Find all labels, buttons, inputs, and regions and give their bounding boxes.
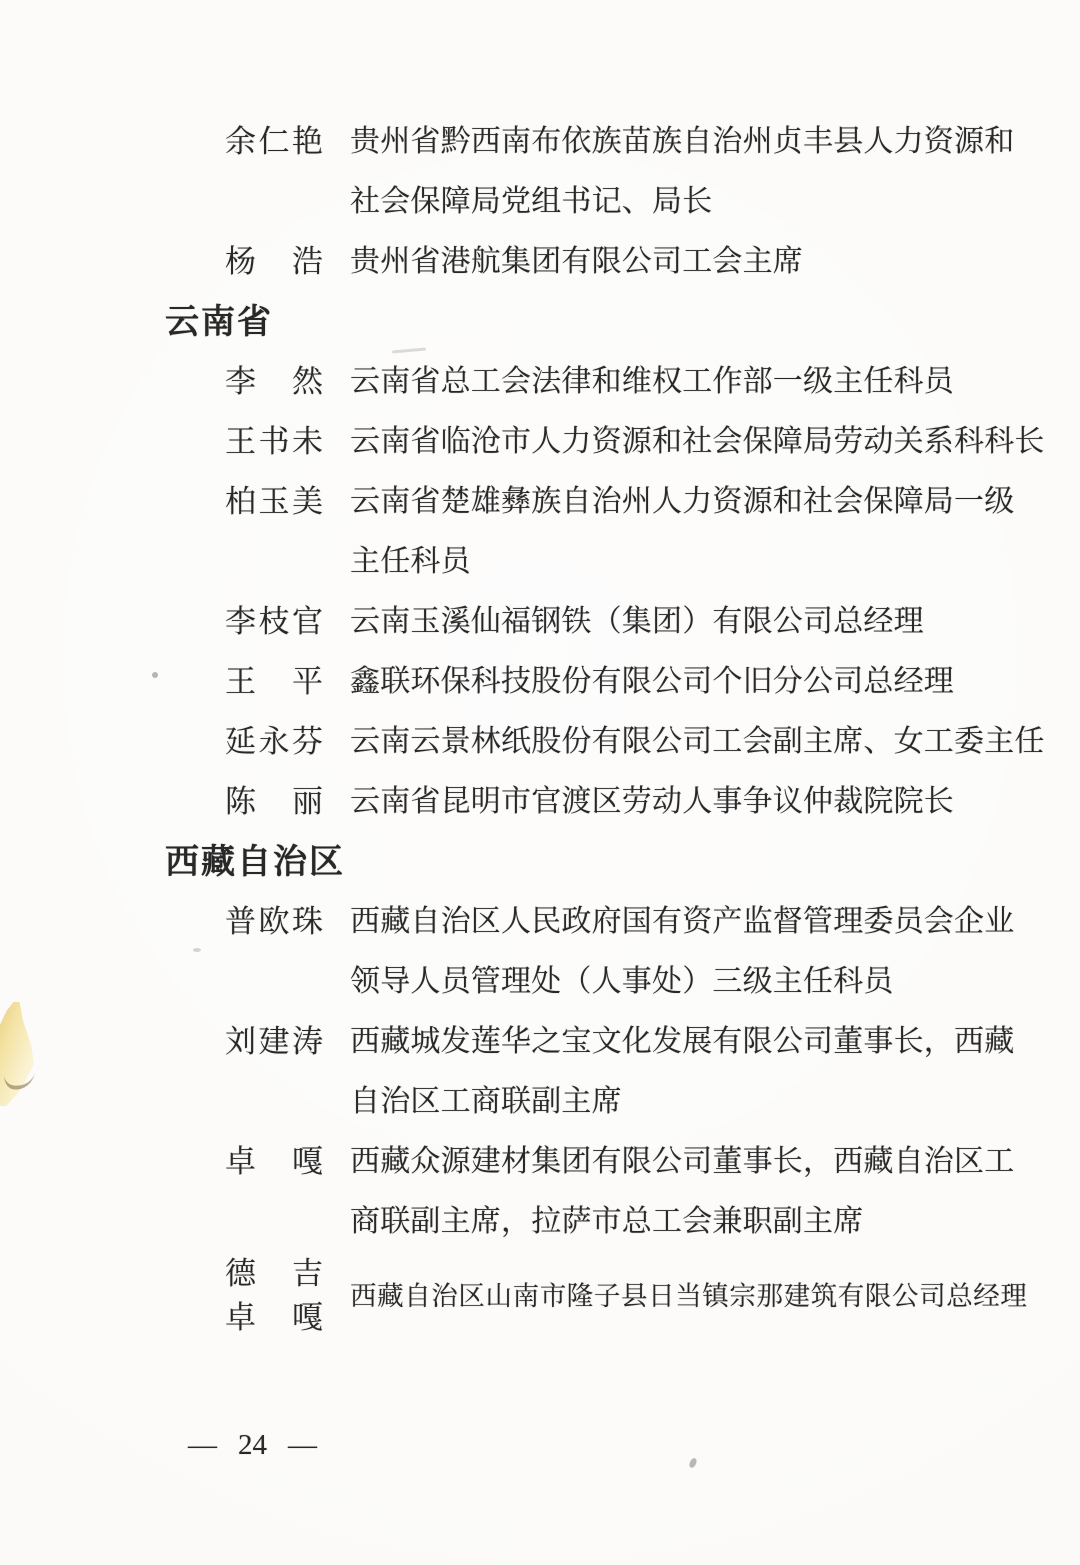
entry-name-text: 普欧珠	[225, 892, 323, 952]
entry-title-line: 鑫联环保科技股份有限公司个旧分公司总经理	[350, 652, 954, 712]
entry-title: 西藏城发莲华之宝文化发展有限公司董事长，西藏 自治区工商联副主席	[350, 1012, 1014, 1132]
list-entry: 刘建涛 西藏城发莲华之宝文化发展有限公司董事长，西藏 自治区工商联副主席	[0, 1012, 1080, 1132]
entry-name: 刘建涛	[225, 1012, 323, 1072]
region-header: 云南省	[165, 292, 1080, 352]
list-entry: 杨浩 贵州省港航集团有限公司工会主席	[0, 232, 1080, 292]
entry-title: 西藏众源建材集团有限公司董事长，西藏自治区工 商联副主席，拉萨市总工会兼职副主席	[350, 1132, 1014, 1252]
entry-title-line: 西藏众源建材集团有限公司董事长，西藏自治区工	[350, 1132, 1014, 1192]
list-entry: 王书未 云南省临沧市人力资源和社会保障局劳动关系科科长	[0, 412, 1080, 472]
entry-title-line: 商联副主席，拉萨市总工会兼职副主席	[350, 1192, 1014, 1252]
entry-name-text: 杨浩	[225, 232, 323, 292]
entry-title-line: 社会保障局党组书记、局长	[350, 172, 1014, 232]
list-entry: 李枝官 云南玉溪仙福钢铁（集团）有限公司总经理	[0, 592, 1080, 652]
ink-speck	[688, 1457, 698, 1469]
region-header: 西藏自治区	[165, 832, 1080, 892]
entry-title: 云南省楚雄彝族自治州人力资源和社会保障局一级 主任科员	[350, 472, 1014, 592]
entry-title: 云南玉溪仙福钢铁（集团）有限公司总经理	[350, 592, 924, 652]
list-entry: 普欧珠 西藏自治区人民政府国有资产监督管理委员会企业 领导人员管理处（人事处）三…	[0, 892, 1080, 1012]
entry-name-text: 卓嘎	[225, 1132, 323, 1192]
entry-name-text: 德吉	[225, 1252, 323, 1296]
section-tibet: 西藏自治区 普欧珠 西藏自治区人民政府国有资产监督管理委员会企业 领导人员管理处…	[0, 832, 1080, 1340]
entry-title: 西藏自治区山南市隆子县日当镇宗那建筑有限公司总经理	[350, 1266, 1028, 1326]
list-entry: 德吉 卓嘎 西藏自治区山南市隆子县日当镇宗那建筑有限公司总经理	[0, 1252, 1080, 1340]
entry-title: 云南省临沧市人力资源和社会保障局劳动关系科科长	[350, 412, 1045, 472]
entry-name: 德吉 卓嘎	[225, 1252, 323, 1340]
entry-title: 贵州省黔西南布依族苗族自治州贞丰县人力资源和 社会保障局党组书记、局长	[350, 112, 1014, 232]
list-entry: 陈丽 云南省昆明市官渡区劳动人事争议仲裁院院长	[0, 772, 1080, 832]
entry-title-line: 领导人员管理处（人事处）三级主任科员	[350, 952, 1014, 1012]
entry-name: 延永芬	[225, 712, 323, 772]
entry-title: 鑫联环保科技股份有限公司个旧分公司总经理	[350, 652, 954, 712]
entry-name: 柏玉美	[225, 472, 323, 532]
entry-title-line: 云南省总工会法律和维权工作部一级主任科员	[350, 352, 954, 412]
entry-title-line: 主任科员	[350, 532, 1014, 592]
entry-title: 西藏自治区人民政府国有资产监督管理委员会企业 领导人员管理处（人事处）三级主任科…	[350, 892, 1014, 1012]
list-entry: 卓嘎 西藏众源建材集团有限公司董事长，西藏自治区工 商联副主席，拉萨市总工会兼职…	[0, 1132, 1080, 1252]
entry-name: 李然	[225, 352, 323, 412]
entry-title-line: 云南玉溪仙福钢铁（集团）有限公司总经理	[350, 592, 924, 652]
entry-title-line: 西藏自治区人民政府国有资产监督管理委员会企业	[350, 892, 1014, 952]
entry-title-line: 云南省楚雄彝族自治州人力资源和社会保障局一级	[350, 472, 1014, 532]
entry-title-line: 自治区工商联副主席	[350, 1072, 1014, 1132]
entry-name-text: 李然	[225, 352, 323, 412]
entry-title-line: 西藏自治区山南市隆子县日当镇宗那建筑有限公司总经理	[350, 1266, 1028, 1326]
list-entry: 余仁艳 贵州省黔西南布依族苗族自治州贞丰县人力资源和 社会保障局党组书记、局长	[0, 112, 1080, 232]
entry-name-text: 王平	[225, 652, 323, 712]
entry-title-line: 贵州省黔西南布依族苗族自治州贞丰县人力资源和	[350, 112, 1014, 172]
entry-name-text: 柏玉美	[225, 472, 323, 532]
entry-title: 云南省总工会法律和维权工作部一级主任科员	[350, 352, 954, 412]
entry-name-text: 王书未	[225, 412, 323, 472]
entry-name: 陈丽	[225, 772, 323, 832]
page-number-dash: —	[288, 1424, 317, 1466]
page-number-dash: —	[188, 1424, 217, 1466]
entry-name: 王书未	[225, 412, 323, 472]
list-entry: 延永芬 云南云景林纸股份有限公司工会副主席、女工委主任	[0, 712, 1080, 772]
list-entry: 柏玉美 云南省楚雄彝族自治州人力资源和社会保障局一级 主任科员	[0, 472, 1080, 592]
entry-title-line: 云南云景林纸股份有限公司工会副主席、女工委主任	[350, 712, 1045, 772]
page-number: — 24 —	[188, 1424, 317, 1466]
entry-title-line: 云南省昆明市官渡区劳动人事争议仲裁院院长	[350, 772, 954, 832]
entry-name: 李枝官	[225, 592, 323, 652]
entry-name: 杨浩	[225, 232, 323, 292]
section-continued: 余仁艳 贵州省黔西南布依族苗族自治州贞丰县人力资源和 社会保障局党组书记、局长 …	[0, 112, 1080, 292]
entry-title-line: 贵州省港航集团有限公司工会主席	[350, 232, 803, 292]
entry-name-text: 刘建涛	[225, 1012, 323, 1072]
entry-title: 云南云景林纸股份有限公司工会副主席、女工委主任	[350, 712, 1045, 772]
entry-name-text: 延永芬	[225, 712, 323, 772]
page-number-value: 24	[238, 1424, 267, 1466]
ink-speck	[152, 672, 158, 678]
entry-name-text: 卓嘎	[225, 1296, 323, 1340]
list-entry: 李然 云南省总工会法律和维权工作部一级主任科员	[0, 352, 1080, 412]
entry-name: 普欧珠	[225, 892, 323, 952]
entry-title-line: 云南省临沧市人力资源和社会保障局劳动关系科科长	[350, 412, 1045, 472]
section-yunnan: 云南省 李然 云南省总工会法律和维权工作部一级主任科员 王书未 云南省临沧市人力…	[0, 292, 1080, 832]
entry-title: 贵州省港航集团有限公司工会主席	[350, 232, 803, 292]
award-name-list: 余仁艳 贵州省黔西南布依族苗族自治州贞丰县人力资源和 社会保障局党组书记、局长 …	[0, 112, 1080, 1340]
entry-title: 云南省昆明市官渡区劳动人事争议仲裁院院长	[350, 772, 954, 832]
scan-smudge	[193, 948, 201, 952]
list-entry: 王平 鑫联环保科技股份有限公司个旧分公司总经理	[0, 652, 1080, 712]
entry-name-text: 李枝官	[225, 592, 323, 652]
entry-name-text: 陈丽	[225, 772, 323, 832]
entry-title-line: 西藏城发莲华之宝文化发展有限公司董事长，西藏	[350, 1012, 1014, 1072]
entry-name: 卓嘎	[225, 1132, 323, 1192]
entry-name: 王平	[225, 652, 323, 712]
entry-name: 余仁艳	[225, 112, 323, 172]
entry-name-text: 余仁艳	[225, 112, 323, 172]
